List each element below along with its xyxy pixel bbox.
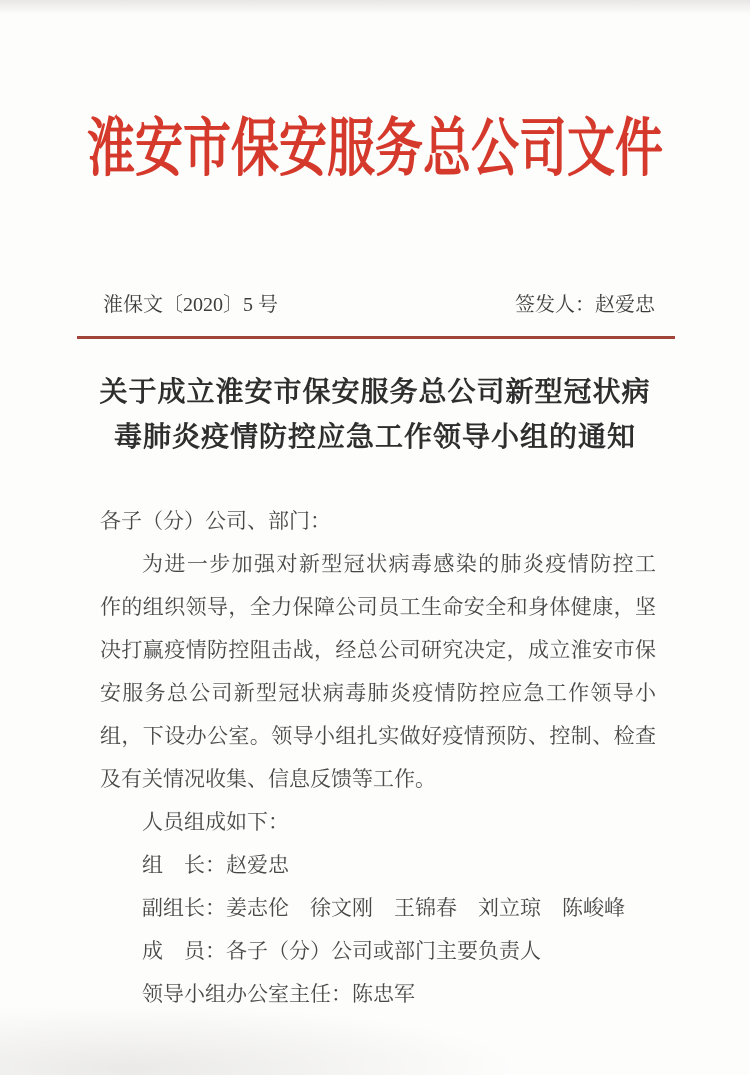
body-line-paragraph: 组，下设办公室。领导小组扎实做好疫情预防、控制、检查	[100, 715, 656, 758]
body-line-paragraph: 安服务总公司新型冠状病毒肺炎疫情防控应急工作领导小	[100, 672, 656, 715]
red-divider-line	[77, 336, 675, 339]
document-title-line1: 关于成立淮安市保安服务总公司新型冠状病	[0, 370, 750, 415]
body-line-paragraph: 决打赢疫情防控阻击战，经总公司研究决定，成立淮安市保	[100, 629, 656, 672]
body-line-deputy: 副组长：姜志伦 徐文刚 王锦春 刘立琼 陈峻峰	[100, 887, 656, 930]
body-line-paragraph: 及有关情况收集、信息反馈等工作。	[100, 758, 656, 801]
scan-artifact-top	[0, 0, 750, 14]
body-line-salutation: 各子（分）公司、部门：	[100, 500, 656, 543]
issuer: 签发人：赵爱忠	[515, 288, 655, 317]
document-meta-row: 淮保文〔2020〕5 号 签发人：赵爱忠	[103, 288, 655, 317]
body-line-office-chief: 领导小组办公室主任：陈忠军	[100, 973, 656, 1016]
scanned-document-page: 淮安市保安服务总公司文件 淮保文〔2020〕5 号 签发人：赵爱忠 关于成立淮安…	[0, 0, 750, 1075]
body-line-personnel: 人员组成如下：	[100, 801, 656, 844]
document-body: 各子（分）公司、部门： 为进一步加强对新型冠状病毒感染的肺炎疫情防控工 作的组织…	[100, 500, 656, 1016]
body-line-paragraph: 为进一步加强对新型冠状病毒感染的肺炎疫情防控工	[100, 543, 656, 586]
red-header-org-title: 淮安市保安服务总公司文件	[0, 89, 750, 210]
body-line-paragraph: 作的组织领导，全力保障公司员工生命安全和身体健康，坚	[100, 586, 656, 629]
body-line-members: 成 员：各子（分）公司或部门主要负责人	[100, 930, 656, 973]
document-number: 淮保文〔2020〕5 号	[103, 288, 278, 317]
body-line-leader: 组 长：赵爱忠	[100, 844, 656, 887]
document-title-line2: 毒肺炎疫情防控应急工作领导小组的通知	[0, 415, 750, 460]
document-title: 关于成立淮安市保安服务总公司新型冠状病 毒肺炎疫情防控应急工作领导小组的通知	[0, 370, 750, 460]
